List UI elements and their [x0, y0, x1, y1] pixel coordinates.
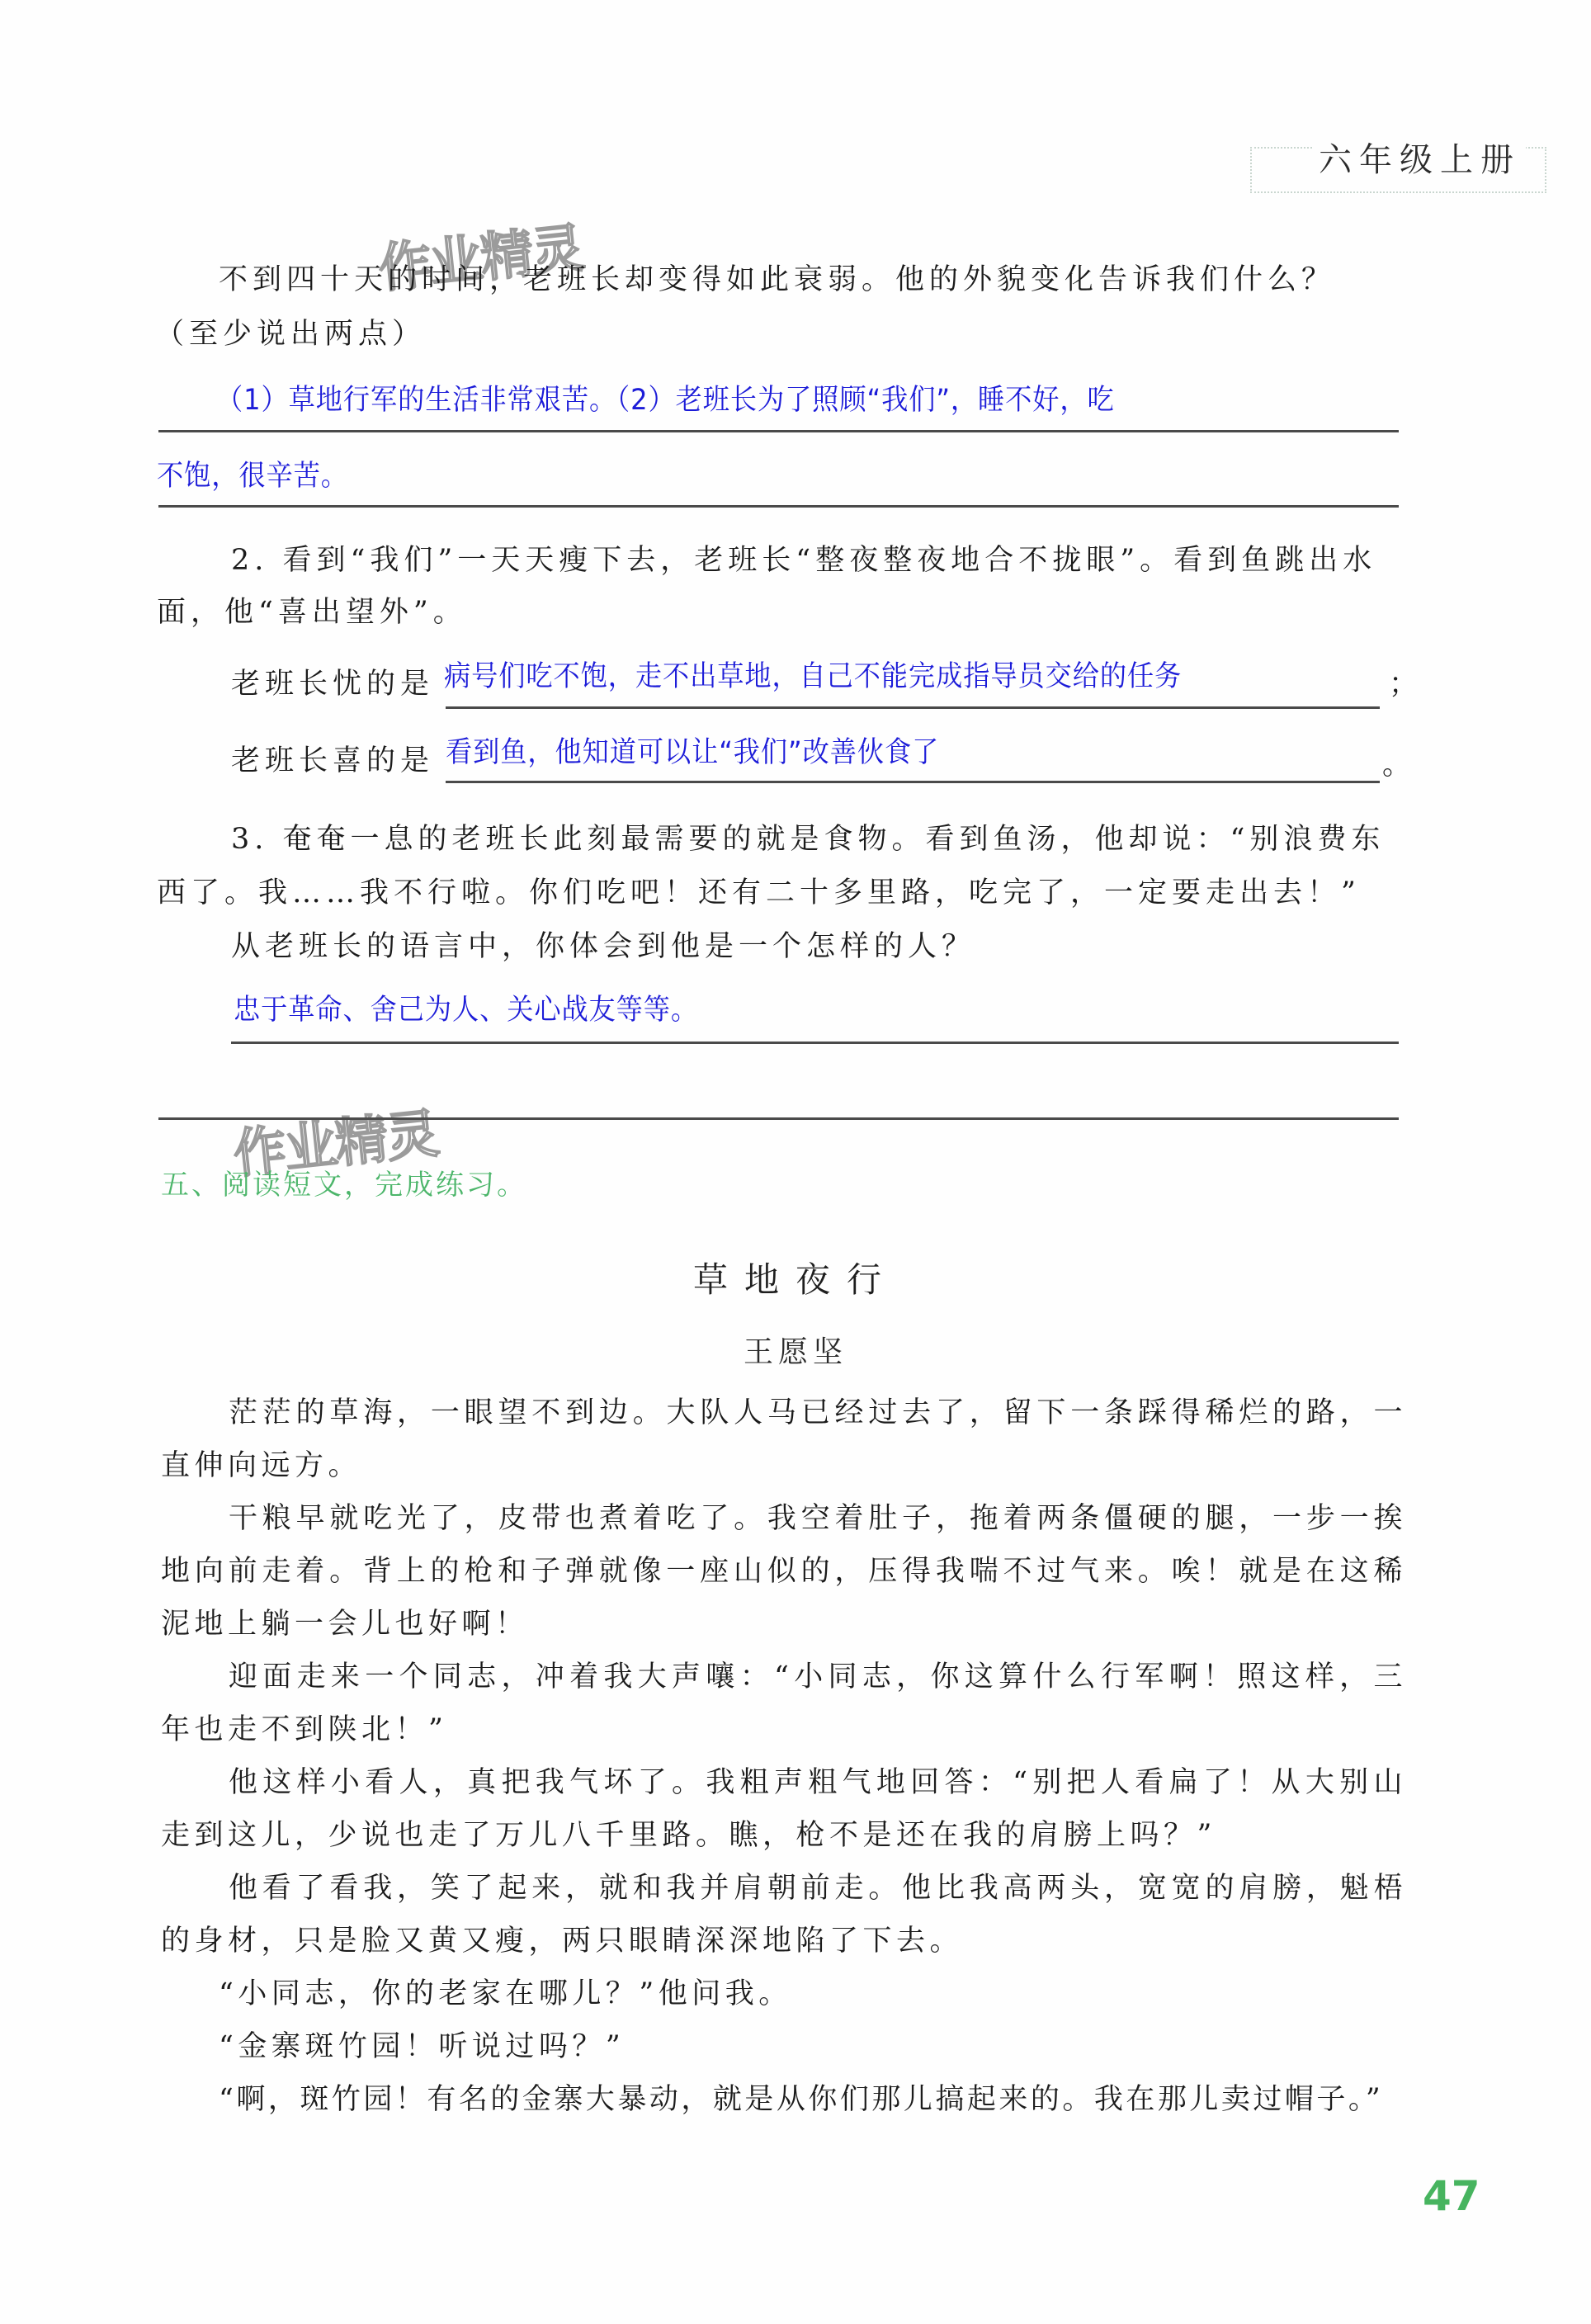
page-number: 47	[1423, 2172, 1480, 2220]
answer-underline-empty	[158, 1117, 1399, 1120]
answer-underline	[158, 430, 1399, 432]
book-volume-title: 六年级上册	[1314, 134, 1526, 181]
answer-underline	[446, 781, 1380, 783]
q3-prompt-line2: 西了。我……我不行啦。你们吃吧！还有二十多里路，吃完了，一定要走出去！”	[157, 879, 1361, 908]
q1-prompt-line2: （至少说出两点）	[155, 320, 426, 349]
q1-answer-line1: （1）草地行军的生活非常艰苦。（2）老班长为了照顾“我们”，睡不好，吃	[216, 386, 1115, 415]
worry-end-punct: ；	[1389, 670, 1423, 699]
answer-underline	[158, 505, 1399, 508]
q1-answer-line2: 不饱，很辛苦。	[157, 462, 348, 491]
joy-end-punct: 。	[1382, 751, 1416, 780]
joy-answer: 看到鱼，他知道可以让“我们”改善伙食了	[446, 739, 939, 768]
article-author: 王愿坚	[0, 1329, 1591, 1371]
q2-prompt-line1: 2. 看到“我们”一天天瘦下去，老班长“整夜整夜地合不拢眼”。看到鱼跳出水	[231, 546, 1376, 575]
article-paragraph: 茫茫的草海，一眼望不到边。大队人马已经过去了，留下一条踩得稀烂的路，一直伸向远方…	[161, 1386, 1407, 1492]
q1-prompt-line1: 不到四十天的时间，老班长却变得如此衰弱。他的外貌变化告诉我们什么？	[219, 266, 1335, 295]
article-paragraph: “金寨斑竹园！听说过吗？”	[219, 2020, 1465, 2073]
answer-underline	[231, 1042, 1399, 1044]
section-heading: 五、阅读短文，完成练习。	[161, 1162, 527, 1202]
joy-label: 老班长喜的是	[231, 747, 434, 776]
article-paragraph: “小同志，你的老家在哪儿？”他问我。	[219, 1967, 1465, 2020]
worry-answer: 病号们吃不饱，走不出草地，自己不能完成指导员交给的任务	[444, 663, 1182, 692]
q2-prompt-line2: 面，他“喜出望外”。	[157, 598, 467, 627]
article-paragraph: 他这样小看人，真把我气坏了。我粗声粗气地回答：“别把人看扁了！从大别山走到这儿，…	[161, 1756, 1407, 1862]
article-paragraph: 他看了看我，笑了起来，就和我并肩朝前走。他比我高两头，宽宽的肩膀，魁梧的身材，只…	[161, 1862, 1407, 1967]
article-title: 草地夜行	[0, 1253, 1591, 1302]
worry-label: 老班长忧的是	[231, 670, 434, 699]
article-paragraph: 干粮早就吃光了，皮带也煮着吃了。我空着肚子，拖着两条僵硬的腿，一步一挨地向前走着…	[161, 1492, 1407, 1651]
q3-prompt-line1: 3. 奄奄一息的老班长此刻最需要的就是食物。看到鱼汤，他却说：“别浪费东	[231, 825, 1385, 854]
q3-prompt-line3: 从老班长的语言中，你体会到他是一个怎样的人？	[231, 933, 975, 961]
article-paragraph: 迎面走来一个同志，冲着我大声嚷：“小同志，你这算什么行军啊！照这样，三年也走不到…	[161, 1651, 1407, 1756]
q3-answer: 忠于革命、舍己为人、关心战友等等。	[234, 996, 698, 1025]
answer-underline	[446, 706, 1380, 709]
article-paragraph: “啊，斑竹园！有名的金寨大暴动，就是从你们那儿搞起来的。我在那儿卖过帽子。”	[219, 2073, 1465, 2126]
